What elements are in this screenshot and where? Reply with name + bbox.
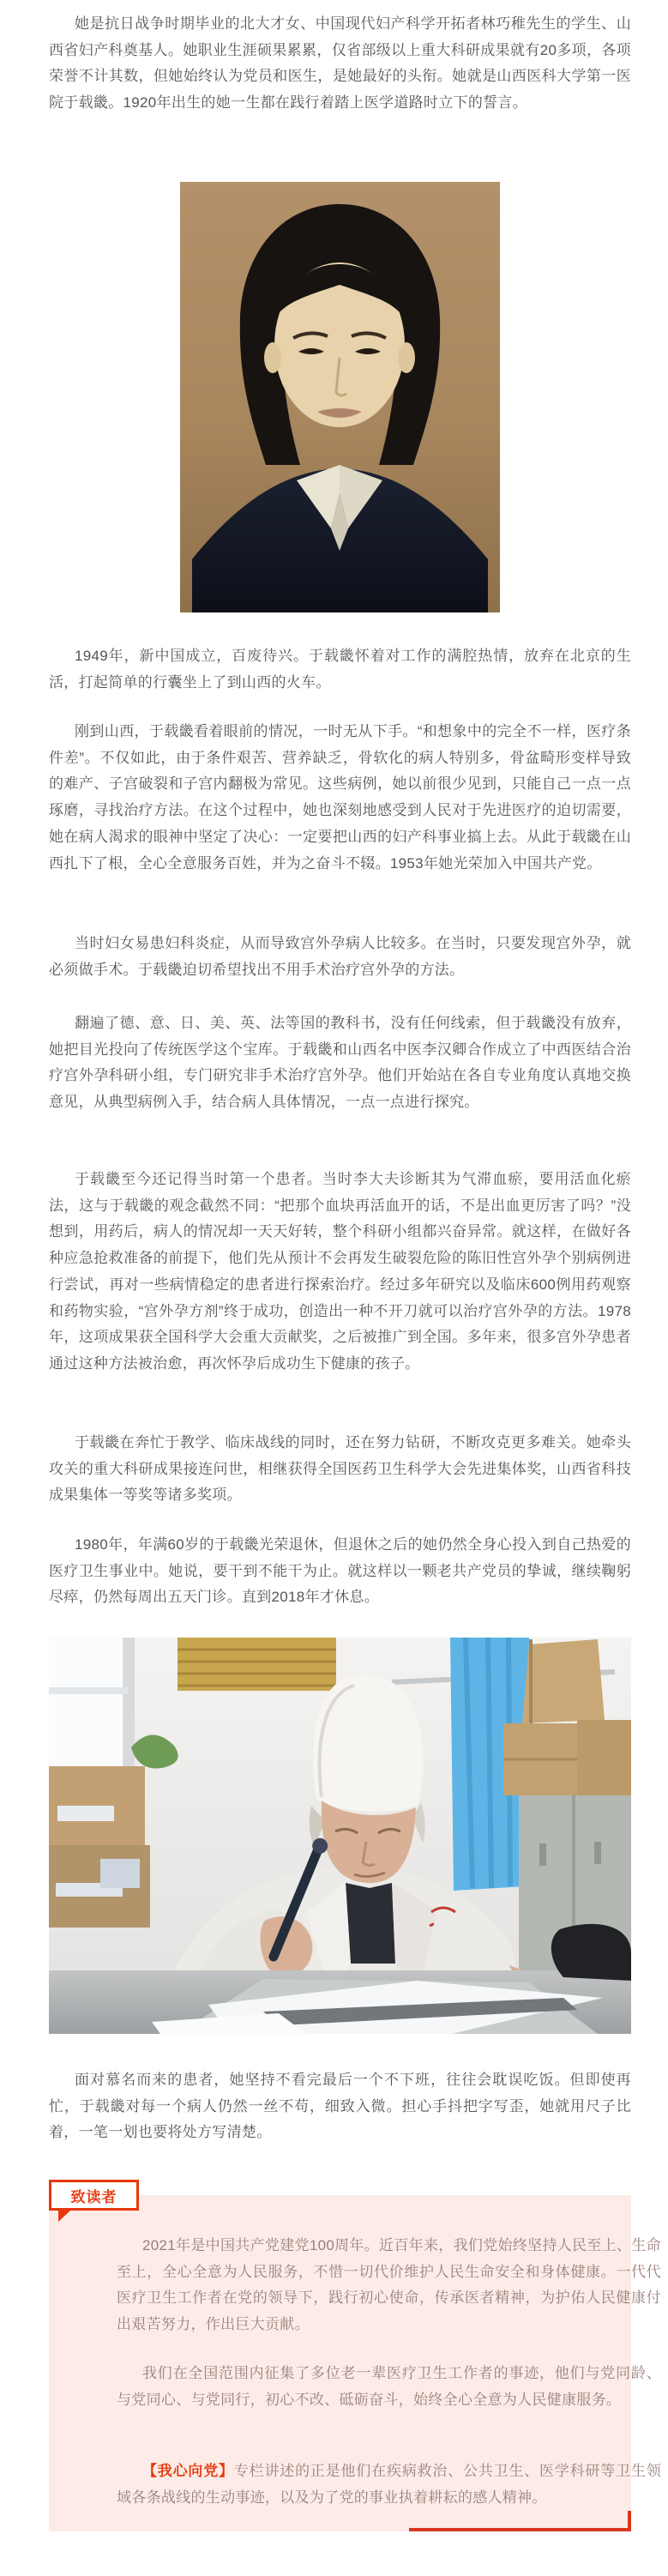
article-paragraph: 于载畿在奔忙于教学、临床战线的同时，还在努力钻研，不断攻克更多难关。她牵头攻关的… — [49, 1430, 631, 1509]
article-paragraph: 当时妇女易患妇科炎症，从而导致宫外孕病人比较多。在当时，只要发现宫外孕，就必须做… — [49, 931, 631, 983]
cardboard-boxes-left — [49, 1766, 150, 1927]
to-readers-badge: 致读者 — [49, 2180, 139, 2211]
black-bag — [551, 1924, 631, 1981]
gold-blind — [178, 1638, 336, 1691]
badge-tail-triangle — [58, 2211, 70, 2222]
ear — [264, 342, 281, 373]
readers-note-panel: 2021年是中国共产党建党100周年。近百年来，我们党始终坚持人民至上、生命至上… — [49, 2195, 631, 2531]
readers-note-paragraph: 2021年是中国共产党建党100周年。近百年来，我们党始终坚持人民至上、生命至上… — [117, 2233, 661, 2338]
article-paragraph: 于载畿至今还记得当时第一个患者。当时李大夫诊断其为气滞血瘀，要用活血化瘀法，这与… — [49, 1167, 631, 1378]
doctor-writing-photo: 91-117 — [49, 1638, 631, 2034]
window-bar — [49, 1687, 128, 1694]
article-paragraph: 她是抗日战争时期毕业的北大才女、中国现代妇产科学开拓者林巧稚先生的学生、山西省妇… — [49, 11, 631, 117]
article-page: 她是抗日战争时期毕业的北大才女、中国现代妇产科学开拓者林巧稚先生的学生、山西省妇… — [0, 0, 668, 2576]
portrait-photo — [180, 182, 500, 612]
red-corner-line — [409, 2511, 631, 2531]
to-readers-badge-label: 致读者 — [71, 2185, 117, 2206]
readers-note-paragraph: 【我心向党】专栏讲述的正是他们在疾病救治、公共卫生、医学科研等卫生领域各条战线的… — [117, 2458, 661, 2511]
ear — [398, 342, 415, 373]
article-paragraph: 1980年，年满60岁的于载畿光荣退休，但退休之后的她仍然全身心投入到自己热爱的… — [49, 1532, 631, 1611]
article-paragraph: 翻遍了德、意、日、美、英、法等国的教科书，没有任何线索，但于载畿没有放弃，她把目… — [49, 1010, 631, 1116]
article-paragraph: 面对慕名而来的患者，她坚持不看完最后一个不下班，往往会耽误吃饭。但即使再忙，于载… — [49, 2067, 631, 2146]
column-name-highlight: 【我心向党】 — [142, 2463, 234, 2479]
article-paragraph: 刚到山西，于载畿看着眼前的情况，一时无从下手。“和想象中的完全不一样，医疗条件差… — [49, 719, 631, 877]
readers-note-paragraph: 我们在全国范围内征集了多位老一辈医疗卫生工作者的事迹，他们与党同龄、与党同心、与… — [117, 2361, 661, 2413]
article-paragraph: 1949年，新中国成立，百废待兴。于载畿怀着对工作的满腔热情，放弃在北京的生活，… — [49, 643, 631, 696]
